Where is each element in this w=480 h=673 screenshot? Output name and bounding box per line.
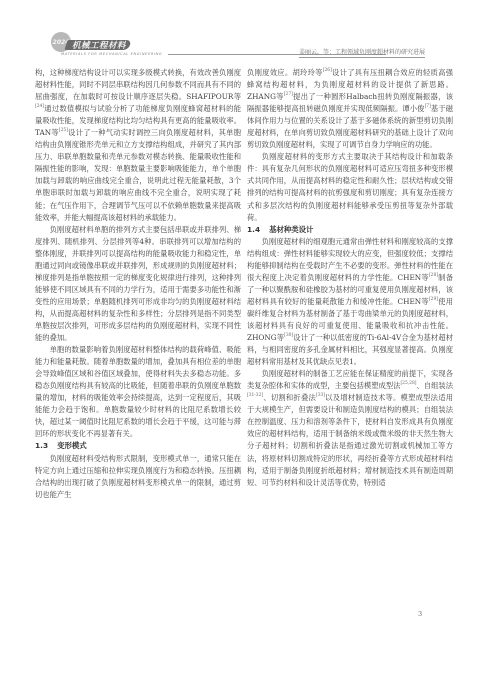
paragraph: 负刚度超材料单胞的排列方式主要包括串联或并联排列、梯度排列、随机排列、分层排列等… [35, 224, 241, 344]
section-heading-1-3: 1.3变形模式 [35, 440, 241, 452]
citation: [26] [323, 68, 332, 73]
section-title: 变形模式 [57, 441, 87, 450]
citation: [33] [316, 393, 325, 398]
citation: [28] [429, 273, 438, 278]
section-heading-1-4: 1.4基材种类设计 [247, 224, 453, 236]
paragraph: 单胞的数量影响着负刚度超材料整体结构的载荷峰值、吸能能力和能量耗散。随着单胞数量… [35, 344, 241, 440]
citation: [31-32] [247, 393, 263, 398]
page-number: 3 [418, 610, 422, 618]
running-title: 姜丽云，等：工程领域负刚度超材料的研究进展 [299, 47, 425, 58]
paragraph: 负刚度超材料的细观胞元通常由弹性材料和刚度较高的支撑结构组成：弹性材料能够实现较… [247, 236, 453, 369]
journal-name-en: MATERIALS FOR MECHANICAL ENGINEERING [61, 52, 162, 56]
journal-name-cn: 机械工程材料 [72, 39, 126, 51]
text: 负刚度效应。胡玲玲等 [247, 68, 323, 77]
paragraph: 负刚度效应。胡玲玲等[26]设计了具有压扭耦合效应的轻质高强蜂窝结构超材料，为负… [247, 67, 453, 151]
paragraph: 构，这种梯度结构设计可以实现多级模式转换，有效改善负刚度超材料性能，同时不同层串… [35, 67, 241, 224]
text: 构，这种梯度结构设计可以实现多级模式转换，有效改善负刚度超材料性能，同时不同层串… [35, 68, 241, 101]
citation: [27] [284, 92, 293, 97]
left-column: 构，这种梯度结构设计可以实现多级模式转换，有效改善负刚度超材料性能，同时不同层串… [35, 67, 241, 501]
page-header: 2024 机械工程材料 MATERIALS FOR MECHANICAL ENG… [0, 0, 480, 60]
citation: [29] [429, 297, 438, 302]
text: 设计了一种气动实时调控三向负刚度超材料，其单胞结构由负刚度锥形壳单元和立方支撑结… [35, 128, 241, 221]
text: 、自组装法 [416, 381, 453, 390]
right-column: 负刚度效应。胡玲玲等[26]设计了具有压扭耦合效应的轻质高强蜂窝结构超材料，为负… [247, 67, 453, 489]
citation: [25] [59, 128, 68, 133]
text: 以及增材制造技术等。模塑成型法适用于大规模生产，但需要设计和制造负刚度结构的模具… [247, 393, 453, 486]
text: 、切割和折叠法 [263, 393, 316, 402]
section-number: 1.4 [247, 225, 260, 234]
paragraph: 负刚度超材料受结构形式限制，变形模式单一，通常只能在特定方向上通过压缩和拉伸实现… [35, 453, 241, 501]
paragraph: 负刚度超材料的变形方式主要取决于其结构设计和加载条件：具有复杂几何形状的负刚度超… [247, 151, 453, 223]
citation: [24] [35, 104, 44, 109]
paragraph: 负刚度超材料的制备工艺应能在保证精度的前提下，实现各类复杂腔体和实体的成型，主要… [247, 368, 453, 488]
section-title: 基材种类设计 [269, 225, 313, 234]
section-number: 1.3 [35, 441, 48, 450]
citation: [30] [284, 333, 293, 338]
citation: [25,28] [400, 381, 416, 386]
text: 负刚度超材料的细观胞元通常由弹性材料和刚度较高的支撑结构组成：弹性材料能够实现较… [247, 237, 453, 282]
